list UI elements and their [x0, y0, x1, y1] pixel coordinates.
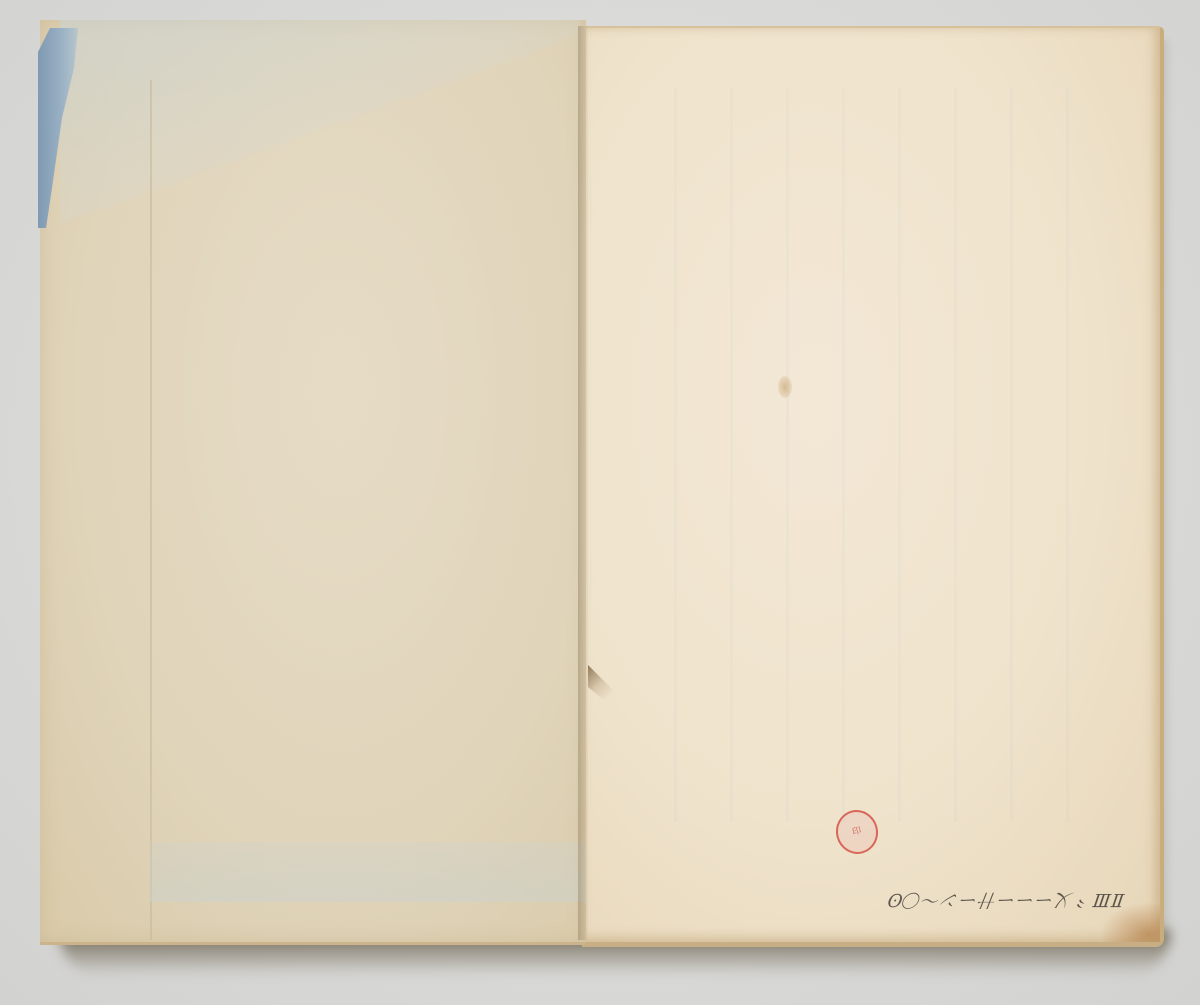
- page-crease: [150, 80, 152, 940]
- page-fold: [60, 20, 580, 280]
- show-through-lines: [622, 88, 1120, 822]
- right-page: [582, 26, 1164, 947]
- book-gutter: [578, 26, 588, 940]
- handwritten-inscription: ⅡⅢ⺀乂ーーー卄ーン〜〇ʘ: [832, 884, 1126, 914]
- page-bottom-band: [150, 842, 586, 902]
- foxing-stain: [778, 376, 792, 398]
- left-page: [40, 20, 586, 945]
